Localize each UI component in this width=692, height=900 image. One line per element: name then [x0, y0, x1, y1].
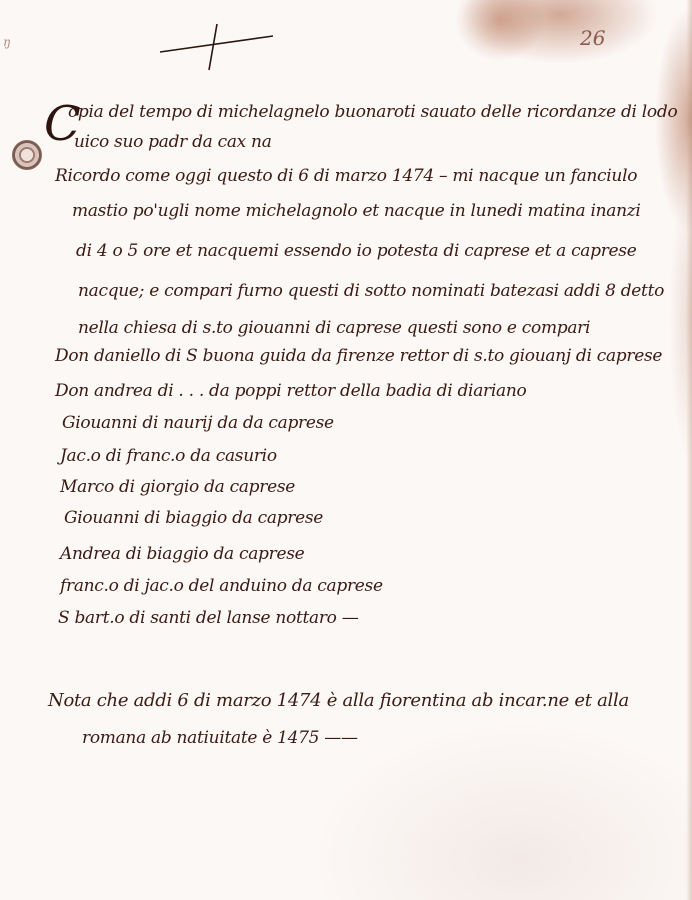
manuscript-line: opia del tempo di michelagnelo buonaroti… — [68, 102, 677, 122]
manuscript-line: Andrea di biaggio da caprese — [60, 544, 304, 564]
manuscript-line: di 4 o 5 ore et nacquemi essendo io pote… — [76, 241, 636, 261]
archive-stamp-icon — [12, 140, 42, 170]
manuscript-line: nacque; e compari furno questi di sotto … — [78, 281, 664, 301]
folio-number: 26 — [580, 26, 605, 50]
manuscript-line: nella chiesa di s.to giouanni di caprese… — [78, 318, 590, 338]
manuscript-line: Nota che addi 6 di marzo 1474 è alla fio… — [48, 690, 629, 711]
manuscript-line: Marco di giorgio da caprese — [60, 477, 295, 497]
manuscript-line: Ricordo come oggi questo di 6 di marzo 1… — [55, 166, 637, 186]
manuscript-line: Don daniello di S buona guida da firenze… — [55, 346, 662, 366]
manuscript-line: Giouanni di naurij da da caprese — [62, 413, 334, 433]
margin-mark: ŋ — [3, 35, 11, 49]
cross-mark-icon — [155, 22, 275, 72]
manuscript-line: mastio po'ugli nome michelagnolo et nacq… — [72, 201, 641, 221]
page-edge-stain — [686, 0, 692, 900]
manuscript-line: Jac.o di franc.o da casurio — [60, 446, 277, 466]
manuscript-line: Giouanni di biaggio da caprese — [64, 508, 323, 528]
manuscript-line: Don andrea di . . . da poppi rettor dell… — [55, 381, 526, 401]
manuscript-line: S bart.o di santi del lanse nottaro — — [58, 608, 358, 628]
manuscript-line: uico suo padr da cax na — [74, 132, 272, 152]
manuscript-line: romana ab natiuitate è 1475 —— — [82, 728, 358, 748]
manuscript-page: ŋ 26 C opia del tempo di michelagnelo bu… — [0, 0, 692, 900]
manuscript-line: franc.o di jac.o del anduino da caprese — [60, 576, 383, 596]
